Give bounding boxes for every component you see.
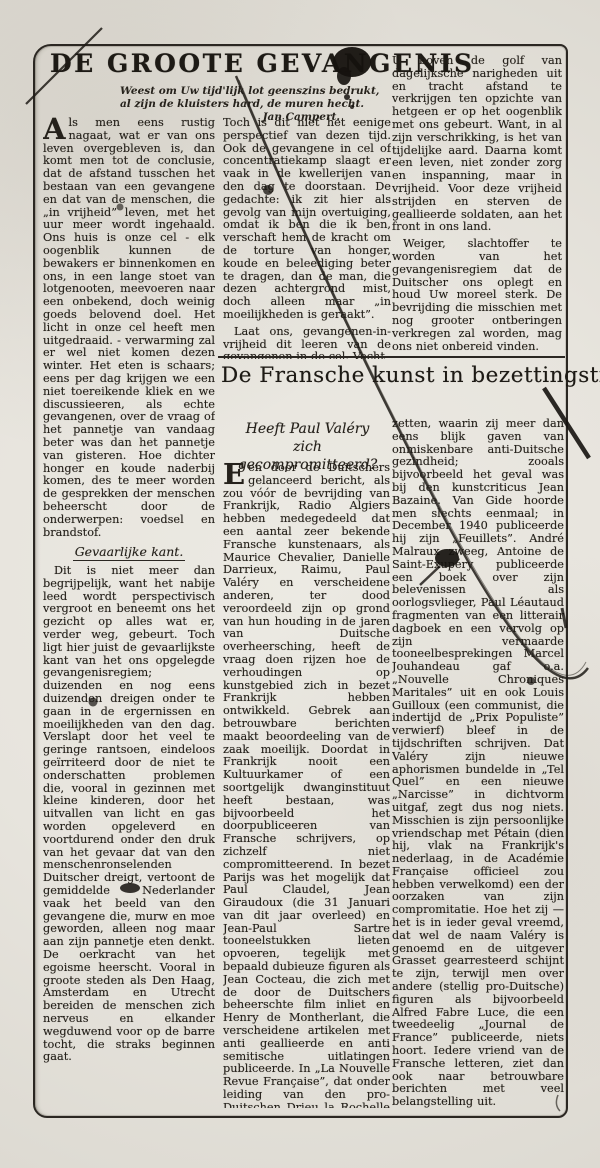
paragraph: Laat ons, gevangenen-in-vrijheid dit lee… — [223, 326, 391, 359]
epigraph-line: Weest om Uw tijd'lijk lot geenszins bedr… — [120, 85, 392, 98]
paragraph: Weiger, slachtoffer te worden van het ge… — [392, 238, 562, 353]
article1-column-3: U boven de golf van dagelijksche narighe… — [392, 55, 562, 358]
section-divider-rule — [218, 356, 565, 358]
article2-column-a: Een door de Duitschers gelanceerd berich… — [223, 462, 390, 1108]
masthead-title: DE GROOTE GEVANGENIS — [50, 49, 395, 78]
section-heading-text: Gevaarlijke kant. — [73, 544, 186, 561]
paragraph: Toch is dit niet het eenige perspectief … — [223, 117, 391, 322]
newspaper-scan: { "page": { "paper_color": "#e7e4dd", "i… — [0, 0, 600, 1168]
article1-column-1: Als men eens rustig nagaat, wat er van o… — [43, 117, 215, 1101]
article2-headline: De Fransche kunst in bezettingstijd. — [221, 363, 566, 388]
article2-column-b: zetten, waarin zij meer dan eens blijk g… — [392, 418, 564, 1108]
paragraph: U boven de golf van dagelijksche narighe… — [392, 55, 562, 234]
paragraph: Als men eens rustig nagaat, wat er van o… — [43, 117, 215, 539]
paragraph: Een door de Duitschers gelanceerd berich… — [223, 462, 390, 1108]
paragraph: Dit is niet meer dan begrijpelijk, want … — [43, 565, 215, 1064]
paragraph: zetten, waarin zij meer dan eens blijk g… — [392, 418, 564, 1108]
epigraph-line: al zijn de kluisters hard, de muren hech… — [120, 98, 392, 111]
article1-column-2: Toch is dit niet het eenige perspectief … — [223, 117, 391, 359]
section-heading: Gevaarlijke kant. — [43, 546, 215, 559]
